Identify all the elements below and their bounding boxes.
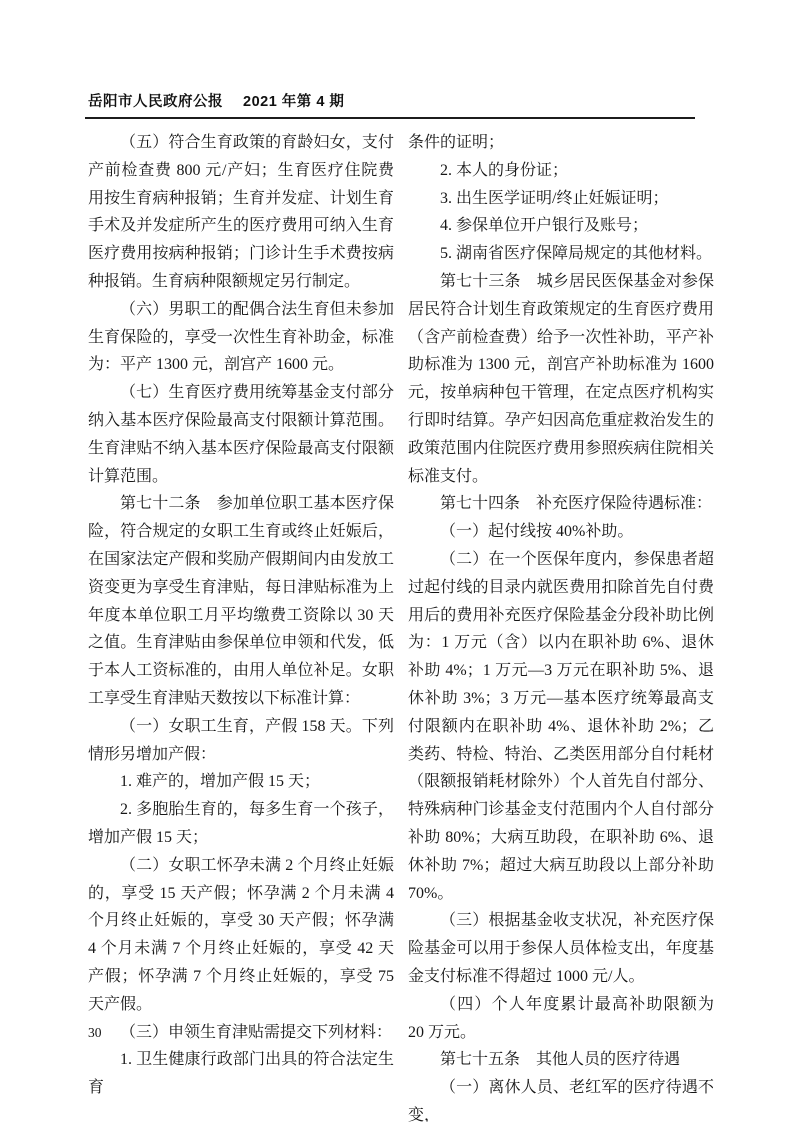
- body-columns: （五）符合生育政策的育龄妇女，支付产前检查费 800 元/产妇；生育医疗住院费用…: [88, 129, 714, 1122]
- paragraph: 2. 多胞胎生育的，每多生育一个孩子，增加产假 15 天；: [88, 796, 394, 852]
- paragraph: 1. 卫生健康行政部门出具的符合法定生育: [88, 1046, 394, 1102]
- paragraph: 第七十四条 补充医疗保险待遇标准：: [408, 490, 714, 518]
- paragraph: （五）符合生育政策的育龄妇女，支付产前检查费 800 元/产妇；生育医疗住院费用…: [88, 129, 394, 296]
- paragraph: 条件的证明；: [408, 129, 714, 157]
- paragraph: （三）申领生育津贴需提交下列材料：: [88, 1019, 394, 1047]
- header-divider: [85, 117, 695, 119]
- paragraph: （三）根据基金收支状况，补充医疗保险基金可以用于参保人员体检支出，年度基金支付标…: [408, 907, 714, 990]
- paragraph: 第七十五条 其他人员的医疗待遇: [408, 1046, 714, 1074]
- paragraph: 第七十三条 城乡居民医保基金对参保居民符合计划生育政策规定的生育医疗费用（含产前…: [408, 268, 714, 490]
- paragraph: （一）起付线按 40%补助。: [408, 518, 714, 546]
- issue-label: 2021 年第 4 期: [243, 90, 344, 111]
- paragraph: （四）个人年度累计最高补助限额为 20 万元。: [408, 991, 714, 1047]
- paragraph: （六）男职工的配偶合法生育但未参加生育保险的，享受一次性生育补助金，标准为：平产…: [88, 296, 394, 379]
- paragraph: 2. 本人的身份证；: [408, 157, 714, 185]
- gazette-page: 岳阳市人民政府公报 2021 年第 4 期 （五）符合生育政策的育龄妇女，支付产…: [0, 0, 793, 1122]
- journal-title: 岳阳市人民政府公报: [88, 90, 223, 111]
- paragraph: （一）离休人员、老红军的医疗待遇不变，: [408, 1074, 714, 1122]
- paragraph: 第七十二条 参加单位职工基本医疗保险，符合规定的女职工生育或终止妊娠后，在国家法…: [88, 490, 394, 712]
- paragraph: （二）在一个医保年度内，参保患者超过起付线的目录内就医费用扣除首先自付费用后的费…: [408, 546, 714, 907]
- left-column: （五）符合生育政策的育龄妇女，支付产前检查费 800 元/产妇；生育医疗住院费用…: [88, 129, 394, 1122]
- paragraph: （一）女职工生育，产假 158 天。下列情形另增加产假：: [88, 713, 394, 769]
- paragraph: （二）女职工怀孕未满 2 个月终止妊娠的，享受 15 天产假；怀孕满 2 个月未…: [88, 852, 394, 1019]
- page-header: 岳阳市人民政府公报 2021 年第 4 期: [88, 90, 344, 111]
- paragraph: （七）生育医疗费用统筹基金支付部分纳入基本医疗保险最高支付限额计算范围。生育津贴…: [88, 379, 394, 490]
- paragraph: 3. 出生医学证明/终止妊娠证明；: [408, 185, 714, 213]
- right-column: 条件的证明；2. 本人的身份证；3. 出生医学证明/终止妊娠证明；4. 参保单位…: [408, 129, 714, 1122]
- paragraph: 5. 湖南省医疗保障局规定的其他材料。: [408, 240, 714, 268]
- paragraph: 1. 难产的，增加产假 15 天；: [88, 768, 394, 796]
- page-number: 30: [88, 1025, 102, 1041]
- paragraph: 4. 参保单位开户银行及账号；: [408, 212, 714, 240]
